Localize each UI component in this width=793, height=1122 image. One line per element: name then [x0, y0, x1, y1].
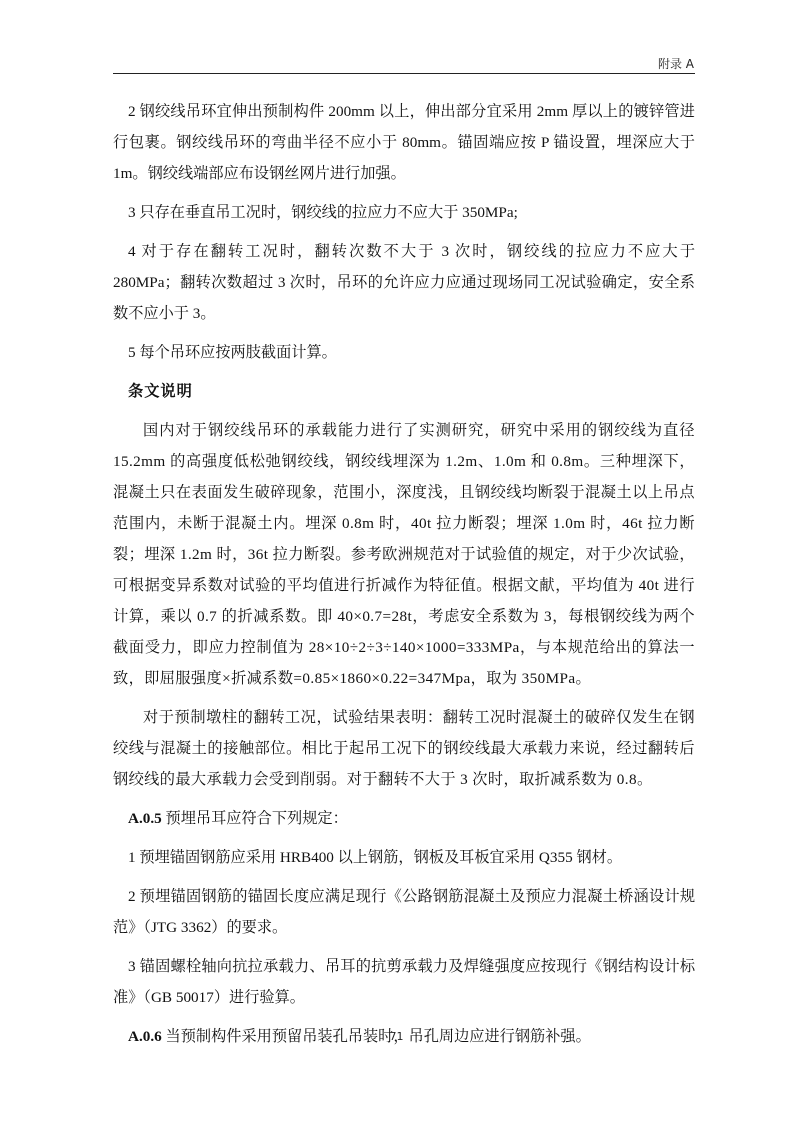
explanation-paragraph-1: 国内对于钢绞线吊环的承载能力进行了实测研究，研究中采用的钢绞线为直径 15.2m… — [113, 415, 695, 694]
clause-a05-item-2: 2 预埋锚固钢筋的锚固长度应满足现行《公路钢筋混凝土及预应力混凝土桥涵设计规范》… — [113, 881, 695, 943]
clause-item-2: 2 钢绞线吊环宜伸出预制构件 200mm 以上，伸出部分宜采用 2mm 厚以上的… — [113, 96, 695, 189]
clause-item-5: 5 每个吊环应按两肢截面计算。 — [113, 337, 695, 368]
clause-item-4: 4 对于存在翻转工况时，翻转次数不大于 3 次时，钢绞线的拉应力不应大于 280… — [113, 236, 695, 329]
clause-a05-heading: A.0.5 预埋吊耳应符合下列规定： — [113, 803, 695, 834]
document-page: 附录 A 2 钢绞线吊环宜伸出预制构件 200mm 以上，伸出部分宜采用 2mm… — [0, 0, 793, 1122]
explanation-paragraph-2: 对于预制墩柱的翻转工况，试验结果表明：翻转工况时混凝土的破碎仅发生在钢绞线与混凝… — [113, 702, 695, 795]
header-divider — [113, 73, 695, 74]
explanation-heading: 条文说明 — [113, 376, 695, 407]
clause-a05-item-1: 1 预埋锚固钢筋应采用 HRB400 以上钢筋，钢板及耳板宜采用 Q355 钢材… — [113, 842, 695, 873]
clause-item-3: 3 只存在垂直吊工况时，钢绞线的拉应力不应大于 350MPa; — [113, 197, 695, 228]
page-body: 2 钢绞线吊环宜伸出预制构件 200mm 以上，伸出部分宜采用 2mm 厚以上的… — [113, 96, 695, 1052]
clause-a05-title: 预埋吊耳应符合下列规定： — [162, 810, 348, 827]
clause-a05-number: A.0.5 — [128, 810, 162, 827]
clause-a05-item-3: 3 锚固螺栓轴向抗拉承载力、吊耳的抗剪承载力及焊缝强度应按现行《钢结构设计标准》… — [113, 951, 695, 1013]
page-number: 71 — [0, 1030, 793, 1043]
running-header-appendix: 附录 A — [658, 55, 694, 72]
